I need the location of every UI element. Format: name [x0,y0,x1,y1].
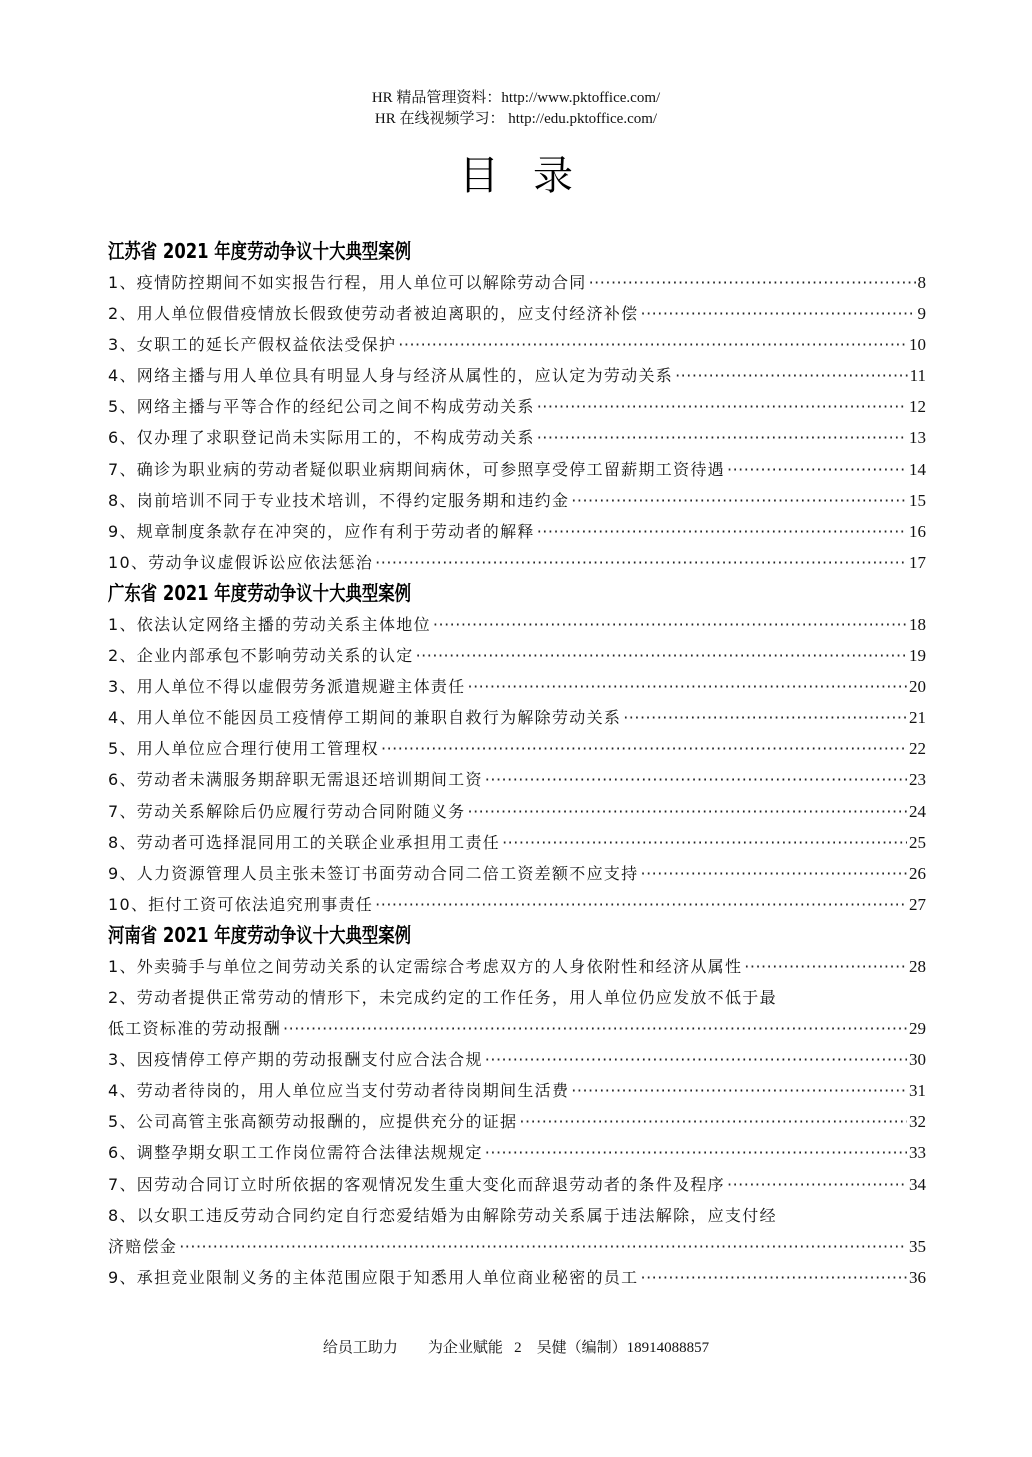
toc-entry[interactable]: 6、劳动者未满服务期辞职无需退还培训期间工资23 [108,764,926,795]
dot-leader [537,422,907,453]
entry-page: 32 [909,1106,926,1137]
entry-text: 9、人力资源管理人员主张未签订书面劳动合同二倍工资差额不应支持 [108,858,638,889]
dot-leader [416,640,907,671]
toc-entry[interactable]: 6、调整孕期女职工工作岗位需符合法律法规规定33 [108,1137,926,1168]
header-line-resources: HR 精品管理资料：http://www.pktoffice.com/ [0,88,1032,109]
entry-page: 36 [909,1262,926,1293]
toc-entry[interactable]: 8、劳动者可选择混同用工的关联企业承担用工责任25 [108,827,926,858]
entry-text: 6、调整孕期女职工工作岗位需符合法律法规规定 [108,1137,483,1168]
entry-page: 24 [909,796,926,827]
toc-entry[interactable]: 1、外卖骑手与单位之间劳动关系的认定需综合考虑双方的人身依附性和经济从属性28 [108,951,926,982]
toc-entry[interactable]: 2、劳动者提供正常劳动的情形下，未完成约定的工作任务，用人单位仍应发放不低于最 … [108,982,926,1044]
entry-text: 2、用人单位假借疫情放长假致使劳动者被迫离职的，应支付经济补偿 [108,298,638,329]
entry-text: 低工资标准的劳动报酬 [108,1013,281,1044]
dot-leader [623,702,907,733]
entry-page: 35 [909,1231,926,1262]
toc-entry[interactable]: 5、用人单位应合理行使用工管理权22 [108,733,926,764]
dot-leader [485,1137,907,1168]
entry-page: 11 [910,360,926,391]
toc-entry[interactable]: 8、以女职工违反劳动合同约定自行恋爱结婚为由解除劳动关系属于违法解除，应支付经 … [108,1200,926,1262]
toc-entry[interactable]: 9、规章制度条款存在冲突的，应作有利于劳动者的解释16 [108,516,926,547]
entry-page: 8 [918,267,927,298]
dot-leader [485,764,907,795]
dot-leader [640,298,915,329]
footer-slogan-employee: 给员工助力 [323,1340,398,1356]
footer-page-number: 2 [514,1340,522,1356]
dot-leader [381,733,907,764]
entry-text: 4、网络主播与用人单位具有明显人身与经济从属性的，应认定为劳动关系 [108,360,673,391]
section-title-henan[interactable]: 河南省 2021 年度劳动争议十大典型案例 [108,920,779,951]
entry-page: 19 [909,640,926,671]
dot-leader [744,951,907,982]
dot-leader [467,796,907,827]
dot-leader [283,1013,907,1044]
entry-text: 6、劳动者未满服务期辞职无需退还培训期间工资 [108,764,483,795]
dot-leader [398,329,907,360]
entry-page: 18 [909,609,926,640]
dot-leader [537,391,907,422]
entry-page: 9 [918,298,927,329]
entry-text-line1: 2、劳动者提供正常劳动的情形下，未完成约定的工作任务，用人单位仍应发放不低于最 [108,982,926,1013]
entry-page: 26 [909,858,926,889]
entry-page: 30 [909,1044,926,1075]
page-header: HR 精品管理资料：http://www.pktoffice.com/ HR 在… [0,88,1032,130]
dot-leader [640,858,907,889]
footer-editor: 吴健（编制）18914088857 [537,1340,710,1356]
entry-text: 8、岗前培训不同于专业技术培训，不得约定服务期和违约金 [108,485,569,516]
entry-page: 27 [909,889,926,920]
entry-text: 3、女职工的延长产假权益依法受保护 [108,329,396,360]
toc-entry[interactable]: 4、用人单位不能因员工疫情停工期间的兼职自救行为解除劳动关系21 [108,702,926,733]
entry-page: 28 [909,951,926,982]
toc-entry[interactable]: 4、劳动者待岗的，用人单位应当支付劳动者待岗期间生活费31 [108,1075,926,1106]
footer-slogan-enterprise: 为企业赋能 [428,1340,503,1356]
dot-leader [179,1231,907,1262]
entry-text: 7、因劳动合同订立时所依据的客观情况发生重大变化而辞退劳动者的条件及程序 [108,1169,725,1200]
dot-leader [727,1169,907,1200]
entry-page: 15 [909,485,926,516]
dot-leader [502,827,907,858]
toc-entry[interactable]: 1、依法认定网络主播的劳动关系主体地位18 [108,609,926,640]
toc-entry[interactable]: 2、用人单位假借疫情放长假致使劳动者被迫离职的，应支付经济补偿9 [108,298,926,329]
entry-text: 5、公司高管主张高额劳动报酬的，应提供充分的证据 [108,1106,517,1137]
toc-entry[interactable]: 5、公司高管主张高额劳动报酬的，应提供充分的证据32 [108,1106,926,1137]
entry-text: 济赔偿金 [108,1231,177,1262]
toc-entry[interactable]: 2、企业内部承包不影响劳动关系的认定19 [108,640,926,671]
entry-text: 10、拒付工资可依法追究刑事责任 [108,889,373,920]
toc-entry[interactable]: 9、人力资源管理人员主张未签订书面劳动合同二倍工资差额不应支持26 [108,858,926,889]
entry-page: 29 [909,1013,926,1044]
entry-text: 9、规章制度条款存在冲突的，应作有利于劳动者的解释 [108,516,535,547]
table-of-contents: 江苏省 2021 年度劳动争议十大典型案例 1、疫情防控期间不如实报告行程，用人… [108,236,926,1293]
toc-entry[interactable]: 4、网络主播与用人单位具有明显人身与经济从属性的，应认定为劳动关系11 [108,360,926,391]
toc-entry[interactable]: 3、因疫情停工停产期的劳动报酬支付应合法合规30 [108,1044,926,1075]
entry-text: 2、企业内部承包不影响劳动关系的认定 [108,640,414,671]
dot-leader [433,609,907,640]
dot-leader [485,1044,907,1075]
entry-page: 14 [909,454,926,485]
entry-text: 8、劳动者可选择混同用工的关联企业承担用工责任 [108,827,500,858]
entry-page: 25 [909,827,926,858]
entry-text-line1: 8、以女职工违反劳动合同约定自行恋爱结婚为由解除劳动关系属于违法解除，应支付经 [108,1200,926,1231]
page-footer: 给员工助力 为企业赋能 2 吴健（编制）18914088857 [0,1336,1032,1357]
dot-leader [537,516,907,547]
entry-text: 7、劳动关系解除后仍应履行劳动合同附随义务 [108,796,465,827]
dot-leader [640,1262,907,1293]
entry-page: 17 [909,547,926,578]
entry-text: 1、疫情防控期间不如实报告行程，用人单位可以解除劳动合同 [108,267,587,298]
toc-entry[interactable]: 7、因劳动合同订立时所依据的客观情况发生重大变化而辞退劳动者的条件及程序34 [108,1169,926,1200]
dot-leader [571,1075,907,1106]
header-line-video: HR 在线视频学习： http://edu.pktoffice.com/ [0,109,1032,130]
entry-text: 3、用人单位不得以虚假劳务派遣规避主体责任 [108,671,465,702]
entry-text: 9、承担竞业限制义务的主体范围应限于知悉用人单位商业秘密的员工 [108,1262,638,1293]
entry-text: 5、用人单位应合理行使用工管理权 [108,733,379,764]
dot-leader [467,671,907,702]
toc-entry[interactable]: 7、确诊为职业病的劳动者疑似职业病期间病休，可参照享受停工留薪期工资待遇14 [108,454,926,485]
dot-leader [589,267,916,298]
entry-page: 10 [909,329,926,360]
dot-leader [519,1106,907,1137]
toc-entry[interactable]: 7、劳动关系解除后仍应履行劳动合同附随义务24 [108,796,926,827]
entry-text: 1、外卖骑手与单位之间劳动关系的认定需综合考虑双方的人身依附性和经济从属性 [108,951,742,982]
entry-text: 4、劳动者待岗的，用人单位应当支付劳动者待岗期间生活费 [108,1075,569,1106]
section-title-guangdong[interactable]: 广东省 2021 年度劳动争议十大典型案例 [108,578,779,609]
entry-text: 5、网络主播与平等合作的经纪公司之间不构成劳动关系 [108,391,535,422]
entry-page: 22 [909,733,926,764]
toc-entry[interactable]: 3、女职工的延长产假权益依法受保护10 [108,329,926,360]
entry-page: 33 [909,1137,926,1168]
entry-page: 21 [909,702,926,733]
dot-leader [727,454,907,485]
entry-text: 6、仅办理了求职登记尚未实际用工的，不构成劳动关系 [108,422,535,453]
entry-page: 16 [909,516,926,547]
entry-page: 34 [909,1169,926,1200]
toc-entry[interactable]: 3、用人单位不得以虚假劳务派遣规避主体责任20 [108,671,926,702]
toc-title: 目录 [0,148,1032,204]
dot-leader [375,889,907,920]
section-title-jiangsu[interactable]: 江苏省 2021 年度劳动争议十大典型案例 [108,236,779,267]
dot-leader [675,360,908,391]
entry-page: 12 [909,391,926,422]
toc-entry[interactable]: 5、网络主播与平等合作的经纪公司之间不构成劳动关系12 [108,391,926,422]
entry-page: 20 [909,671,926,702]
toc-entry[interactable]: 10、拒付工资可依法追究刑事责任27 [108,889,926,920]
entry-text: 4、用人单位不能因员工疫情停工期间的兼职自救行为解除劳动关系 [108,702,621,733]
entry-text: 7、确诊为职业病的劳动者疑似职业病期间病休，可参照享受停工留薪期工资待遇 [108,454,725,485]
toc-entry[interactable]: 10、劳动争议虚假诉讼应依法惩治17 [108,547,926,578]
entry-text: 10、劳动争议虚假诉讼应依法惩治 [108,547,373,578]
entry-text: 3、因疫情停工停产期的劳动报酬支付应合法合规 [108,1044,483,1075]
toc-entry[interactable]: 6、仅办理了求职登记尚未实际用工的，不构成劳动关系13 [108,422,926,453]
entry-page: 31 [909,1075,926,1106]
entry-text: 1、依法认定网络主播的劳动关系主体地位 [108,609,431,640]
entry-page: 13 [909,422,926,453]
toc-entry[interactable]: 1、疫情防控期间不如实报告行程，用人单位可以解除劳动合同8 [108,267,926,298]
entry-page: 23 [909,764,926,795]
dot-leader [571,485,907,516]
dot-leader [375,547,907,578]
toc-entry[interactable]: 9、承担竞业限制义务的主体范围应限于知悉用人单位商业秘密的员工36 [108,1262,926,1293]
toc-entry[interactable]: 8、岗前培训不同于专业技术培训，不得约定服务期和违约金15 [108,485,926,516]
